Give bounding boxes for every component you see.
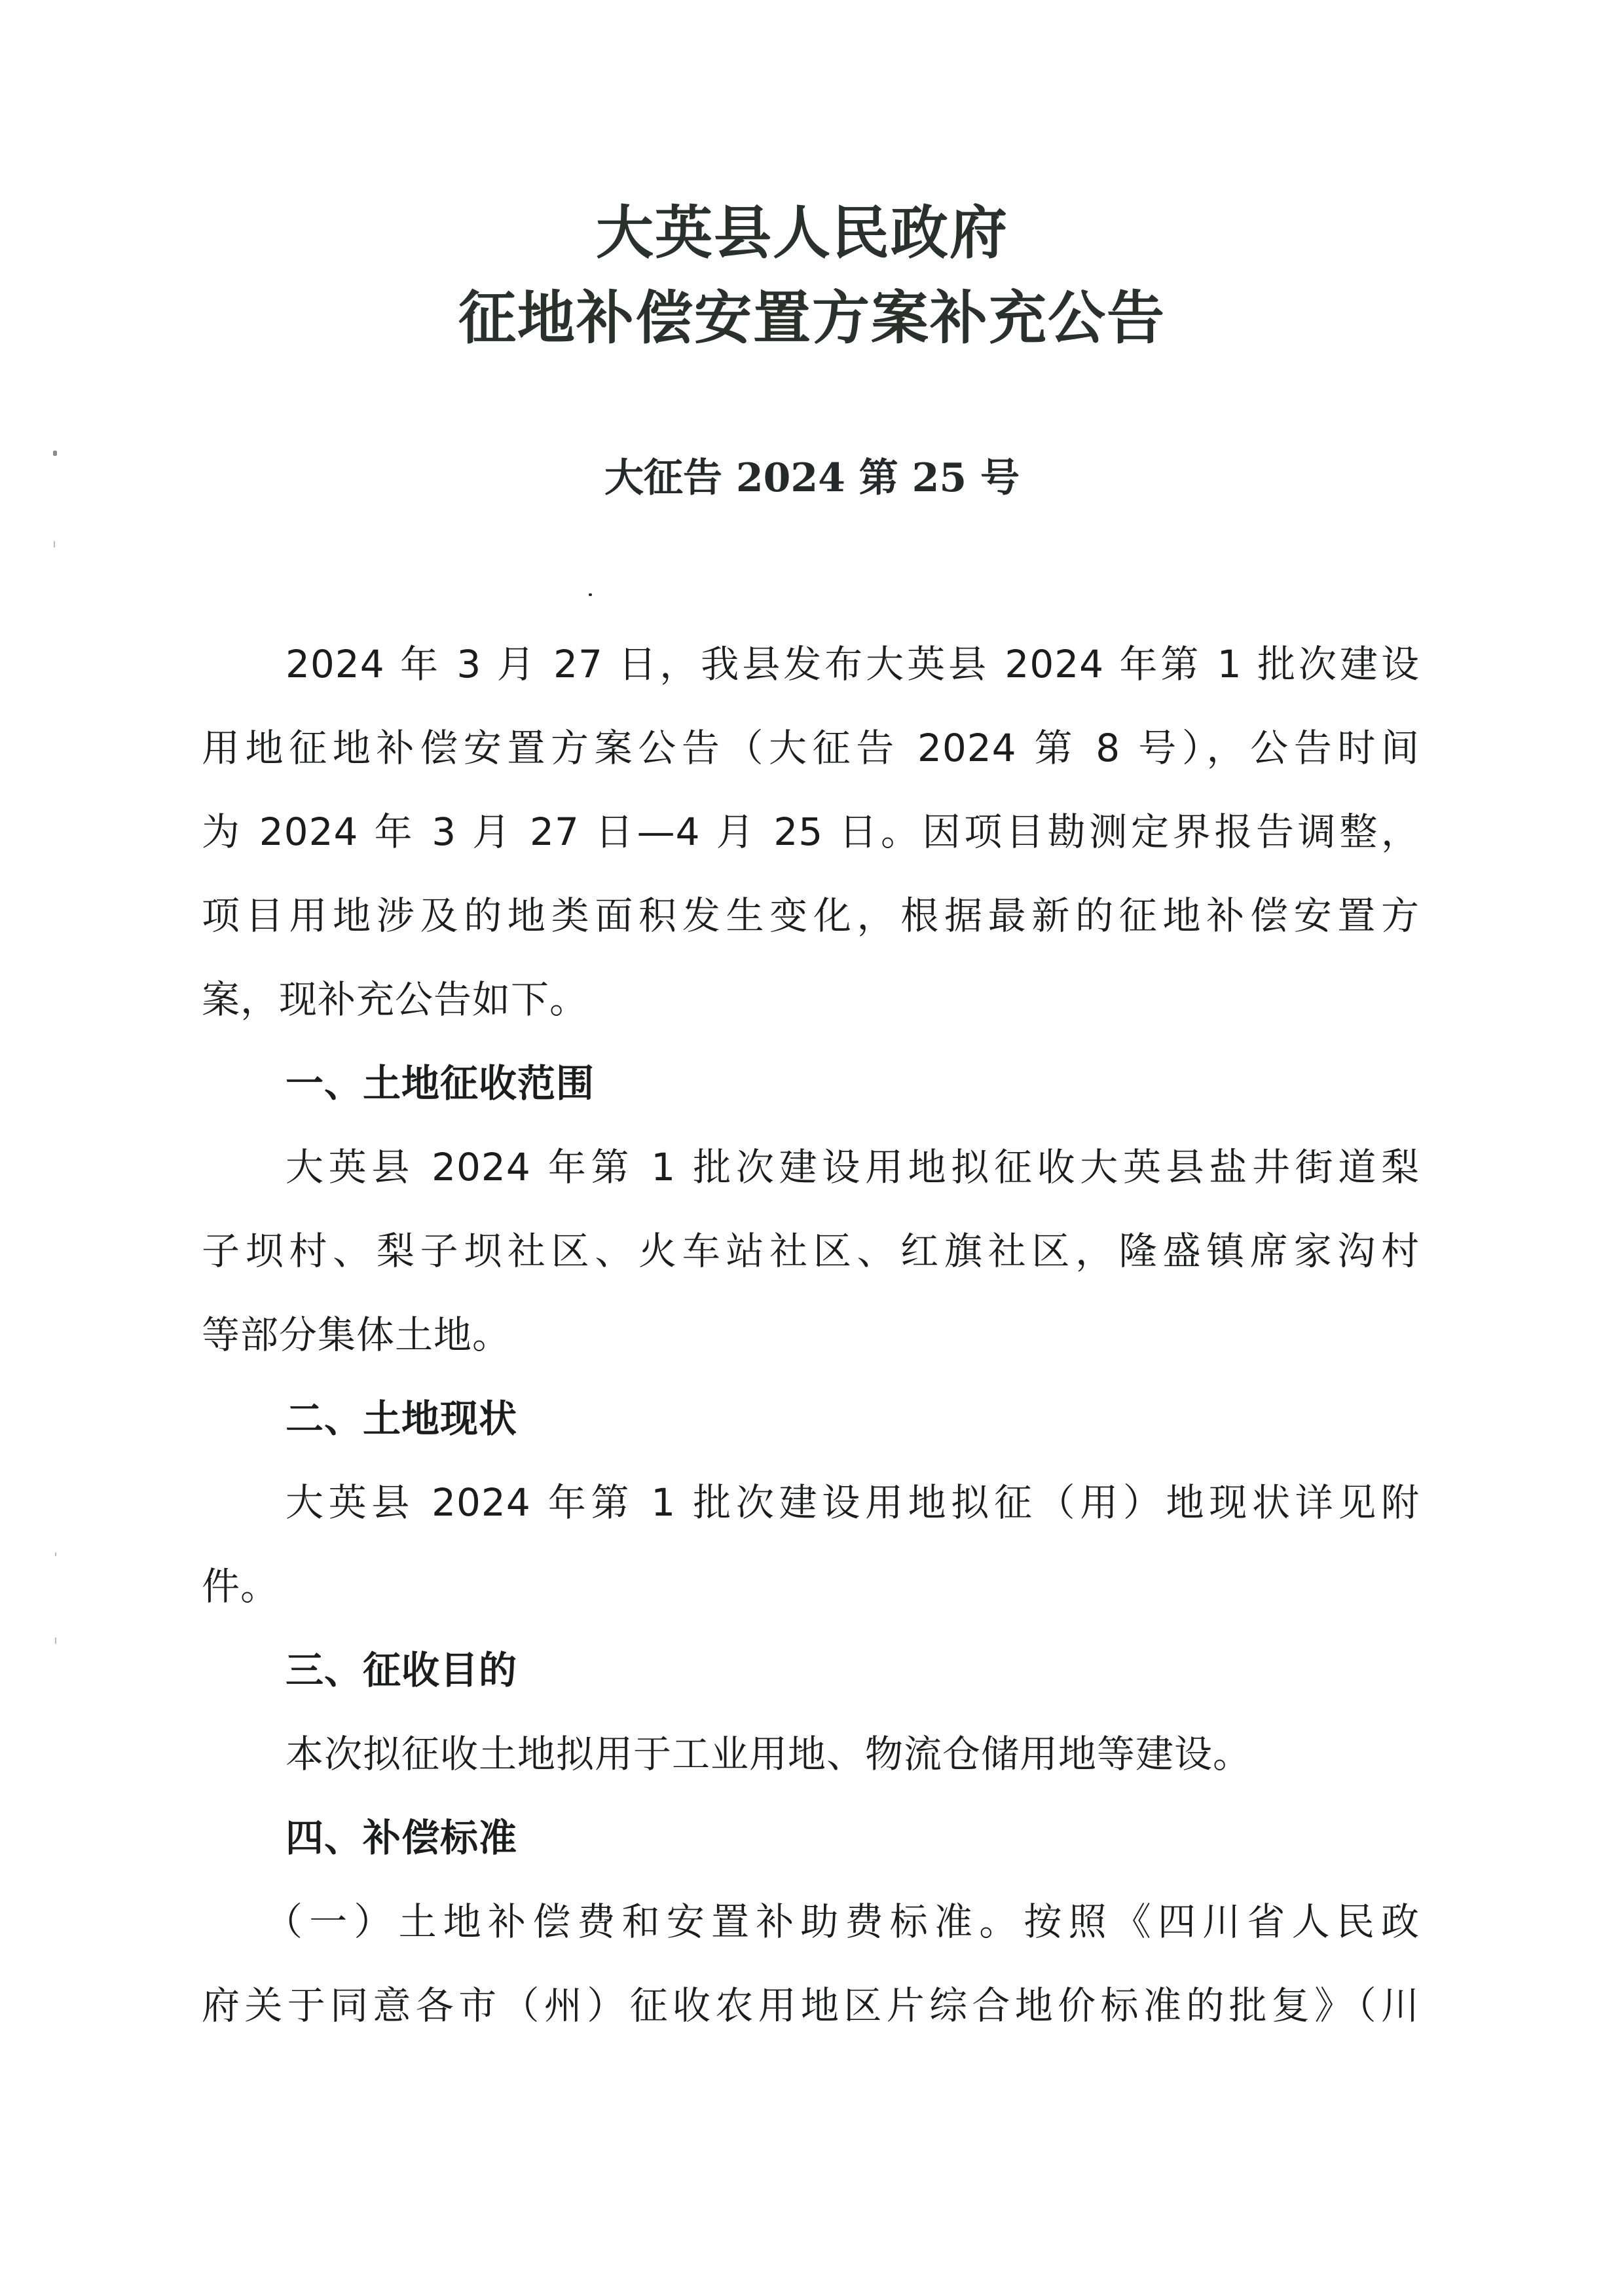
scan-speck [589,593,592,596]
paragraph-line: 为 2024 年 3 月 27 日—4 月 25 日。因项目勘测定界报告调整， [202,790,1420,874]
section-heading: 三、征收目的 [202,1628,1420,1712]
scan-speck [54,541,55,548]
title-line-subject: 征地补偿安置方案补充公告 [0,275,1624,360]
paragraph-line: 2024 年 3 月 27 日，我县发布大英县 2024 年第 1 批次建设 [202,622,1420,706]
section-purpose: 三、征收目的 本次拟征收土地拟用于工业用地、物流仓储用地等建设。 [202,1628,1420,1796]
document-number: 大征告 2024 第 25 号 [0,452,1624,504]
paragraph-line: 府关于同意各市（州）征收农用地区片综合地价标准的批复》（川 [202,1964,1420,2047]
paragraph-line: 件。 [202,1544,1420,1628]
section-heading: 二、土地现状 [202,1377,1420,1461]
paragraph-line: 项目用地涉及的地类面积发生变化，根据最新的征地补偿安置方 [202,874,1420,958]
document-title: 大英县人民政府 征地补偿安置方案补充公告 [0,190,1624,360]
paragraph-line: 大英县 2024 年第 1 批次建设用地拟征收大英县盐井街道梨 [202,1125,1420,1209]
paragraph-line: 案，现补充公告如下。 [202,958,1420,1041]
section-compensation-standard: 四、补偿标准 （一）土地补偿费和安置补助费标准。按照《四川省人民政 府关于同意各… [202,1796,1420,2047]
section-heading: 四、补偿标准 [202,1796,1420,1880]
section-land-status: 二、土地现状 大英县 2024 年第 1 批次建设用地拟征（用）地现状详见附 件… [202,1377,1420,1628]
scan-speck [55,1637,56,1644]
document-page: 大英县人民政府 征地补偿安置方案补充公告 大征告 2024 第 25 号 202… [0,0,1624,2295]
paragraph-line: 大英县 2024 年第 1 批次建设用地拟征（用）地现状详见附 [202,1461,1420,1544]
section-heading: 一、土地征收范围 [202,1041,1420,1125]
scan-speck [55,1552,56,1556]
paragraph-line: 本次拟征收土地拟用于工业用地、物流仓储用地等建设。 [202,1712,1420,1796]
paragraph-line: 子坝村、梨子坝社区、火车站社区、红旗社区，隆盛镇席家沟村 [202,1209,1420,1293]
paragraph-line: 用地征地补偿安置方案公告（大征告 2024 第 8 号），公告时间 [202,706,1420,790]
scan-speck [53,451,57,456]
title-line-issuer: 大英县人民政府 [0,190,1624,275]
paragraph-line: 等部分集体土地。 [202,1293,1420,1377]
intro-paragraph: 2024 年 3 月 27 日，我县发布大英县 2024 年第 1 批次建设 用… [202,622,1420,1041]
paragraph-line: （一）土地补偿费和安置补助费标准。按照《四川省人民政 [202,1880,1420,1964]
section-land-scope: 一、土地征收范围 大英县 2024 年第 1 批次建设用地拟征收大英县盐井街道梨… [202,1041,1420,1377]
document-body: 2024 年 3 月 27 日，我县发布大英县 2024 年第 1 批次建设 用… [202,622,1420,2047]
